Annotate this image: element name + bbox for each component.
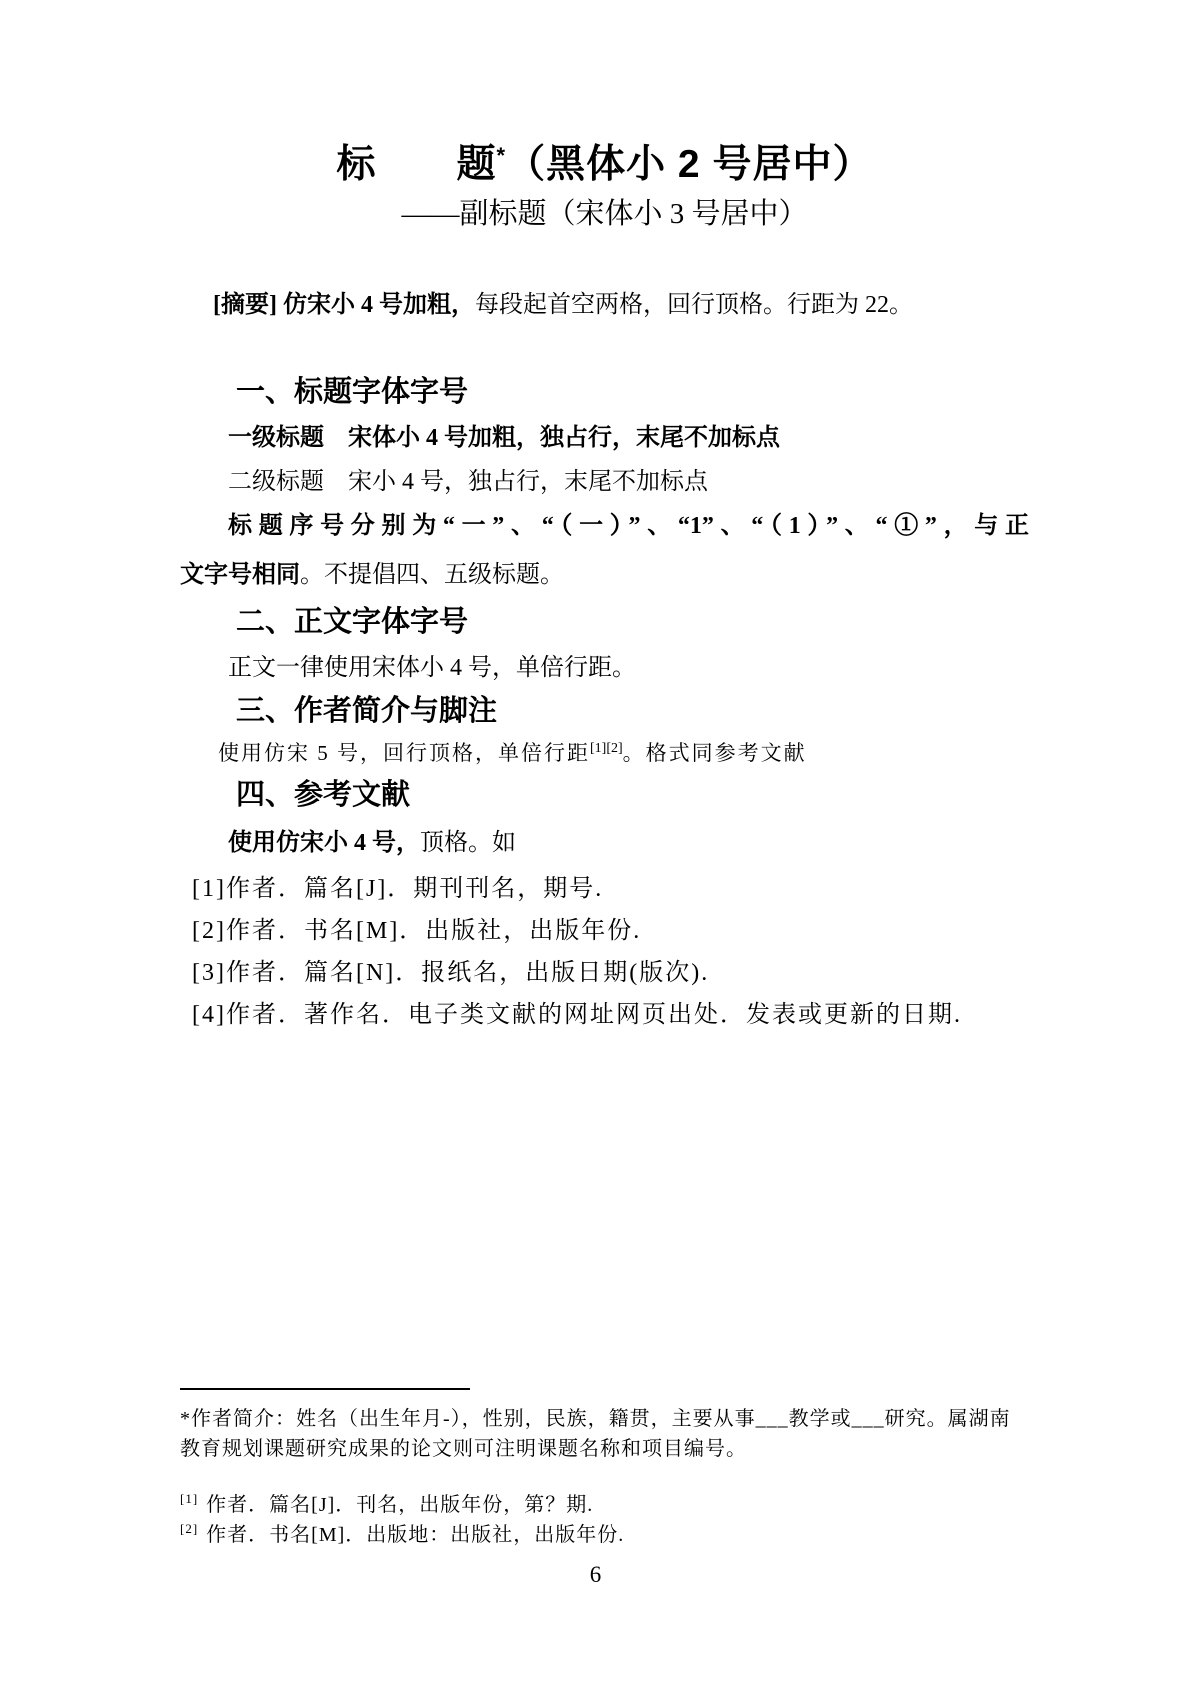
footnote-ref-2-marker: [2] (180, 1521, 198, 1536)
document-title: 标 题*（黑体小 2 号居中） (180, 142, 1029, 188)
footnote-ref-2-text: 作者．书名[M]．出版地：出版社，出版年份. (206, 1524, 624, 1546)
author-footnote-line2: 教育规划课题研究成果的论文则可注明课题名称和项目编号。 (180, 1434, 1029, 1464)
abstract-text: 每段起首空两格，回行顶格。行距为 22。 (475, 292, 913, 318)
abstract-paragraph: [摘要] 仿宋小 4 号加粗，每段起首空两格，回行顶格。行距为 22。 (180, 288, 1029, 322)
section-heading-1: 一、标题字体字号 (180, 372, 1029, 412)
document-subtitle: ——副标题（宋体小 3 号居中） (180, 194, 1029, 234)
author-intro-post: 。格式同参考文献 (623, 741, 807, 765)
author-intro-rule: 使用仿宋 5 号，回行顶格，单倍行距[1][2]。格式同参考文献 (180, 735, 1029, 771)
footnote-ref-1-text: 作者．篇名[J]．刊名，出版年份，第？期. (206, 1494, 593, 1516)
serial-line2-bold: 文字号相同 (180, 562, 300, 588)
author-footnote-line1: *作者简介：姓名（出生年月-），性别，民族，籍贯，主要从事___教学或___研究… (180, 1404, 1029, 1434)
footnote-ref-1-marker: [1] (180, 1491, 198, 1506)
title-text: 标 题 (337, 143, 497, 186)
footnote-references: [1]作者．篇名[J]．刊名，出版年份，第？期. [2]作者．书名[M]．出版地… (180, 1490, 1029, 1550)
footnote-ref-1: [1]作者．篇名[J]．刊名，出版年份，第？期. (180, 1490, 1029, 1520)
author-intro-pre: 使用仿宋 5 号，回行顶格，单倍行距 (218, 741, 590, 765)
reference-item-1: [1]作者．篇名[J]．期刊刊名，期号. (180, 868, 1029, 910)
section-heading-4: 四、参考文献 (180, 775, 1029, 815)
page-number: 6 (0, 1560, 1191, 1590)
section-heading-3: 三、作者简介与脚注 (180, 691, 1029, 731)
reference-list: [1]作者．篇名[J]．期刊刊名，期号. [2]作者．书名[M]．出版社，出版年… (180, 868, 1029, 1036)
section-heading-2: 二、正文字体字号 (180, 602, 1029, 642)
author-intro-superscript: [1][2] (590, 741, 623, 756)
references-intro-rest: 顶格。如 (420, 830, 516, 856)
body-text-rule: 正文一律使用宋体小 4 号，单倍行距。 (180, 648, 1029, 689)
level1-title-rule: 一级标题 宋体小 4 号加粗，独占行，末尾不加标点 (180, 418, 1029, 459)
reference-item-2: [2]作者．书名[M]．出版社，出版年份. (180, 910, 1029, 952)
footnote-ref-2: [2]作者．书名[M]．出版地：出版社，出版年份. (180, 1520, 1029, 1550)
references-intro-bold: 使用仿宋小 4 号， (228, 830, 420, 856)
footnote-separator-line (180, 1388, 470, 1390)
serial-numbers-line1: 标题序号分别为“一”、“（一）”、“1”、“（1）”、“①”，与正 (180, 506, 1029, 547)
document-page: 标 题*（黑体小 2 号居中） ——副标题（宋体小 3 号居中） [摘要] 仿宋… (0, 0, 1191, 1684)
references-intro: 使用仿宋小 4 号，顶格。如 (180, 823, 1029, 864)
abstract-label-bold: [摘要] 仿宋小 4 号加粗， (213, 292, 475, 318)
serial-numbers-line2: 文字号相同。不提倡四、五级标题。 (180, 555, 1029, 596)
title-footnote-mark: * (497, 143, 507, 168)
reference-item-4: [4]作者．著作名．电子类文献的网址网页出处．发表或更新的日期. (180, 994, 1029, 1036)
title-paren-note: （黑体小 2 号居中） (506, 143, 872, 186)
level2-title-rule: 二级标题 宋小 4 号，独占行，末尾不加标点 (180, 462, 1029, 503)
serial-line2-rest: 。不提倡四、五级标题。 (300, 562, 564, 588)
footnote-area: *作者简介：姓名（出生年月-），性别，民族，籍贯，主要从事___教学或___研究… (180, 1388, 1029, 1550)
reference-item-3: [3]作者．篇名[N]．报纸名，出版日期(版次). (180, 952, 1029, 994)
